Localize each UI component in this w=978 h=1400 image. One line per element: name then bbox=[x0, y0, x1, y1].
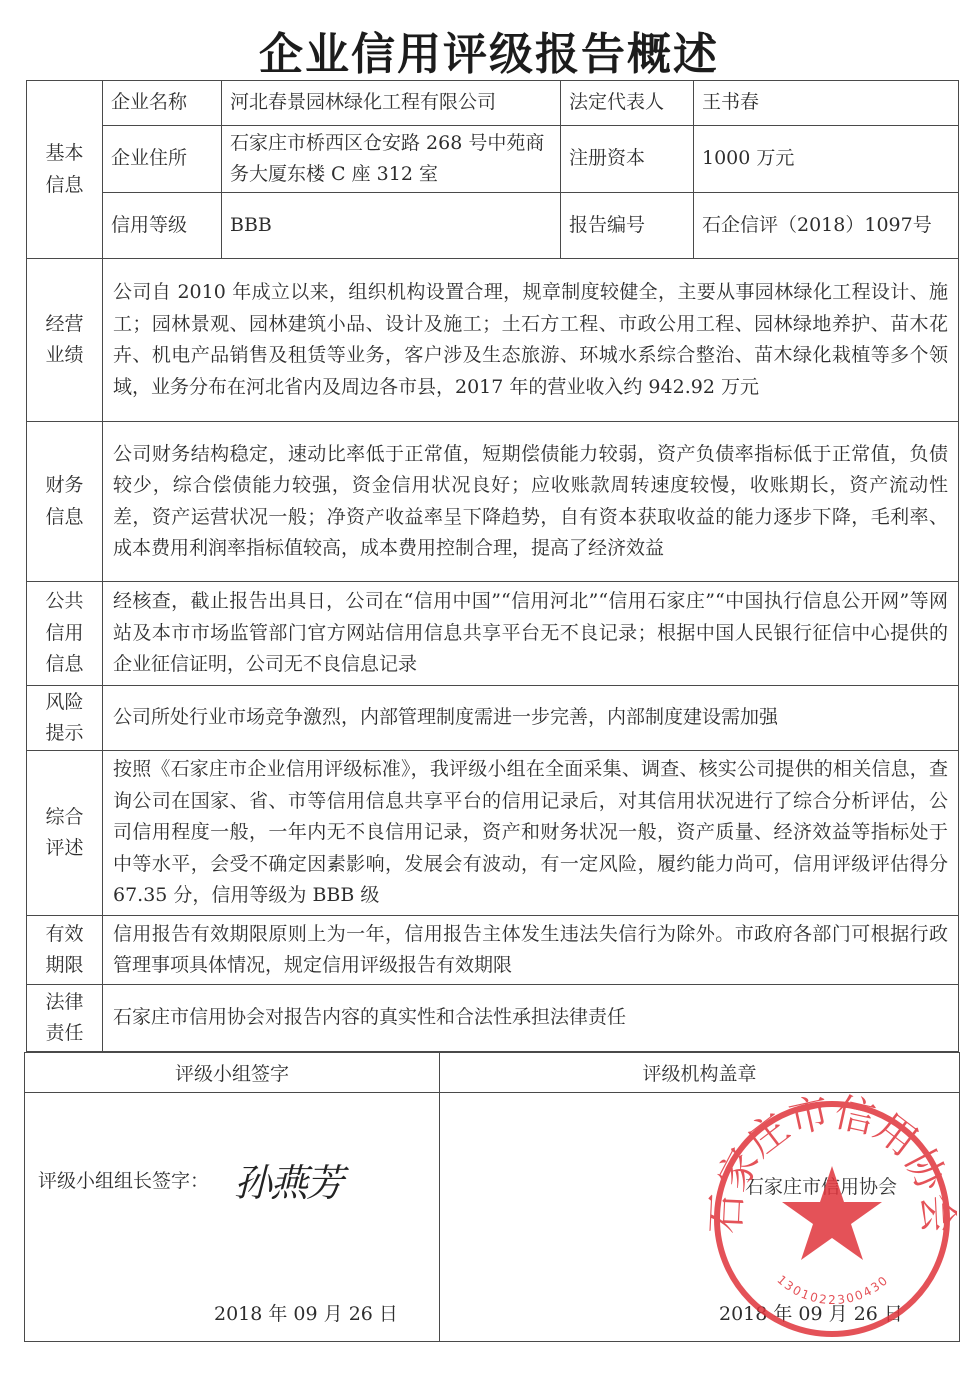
section-validity: 有效期限 信用报告有效期限原则上为一年，信用报告主体发生违法失信行为除外。市政府… bbox=[27, 916, 959, 985]
legal-representative: 王书春 bbox=[694, 81, 959, 126]
official-seal-icon: 石家庄市信用协会 1301022300430 bbox=[707, 1094, 957, 1344]
signature-table: 评级小组签字 评级机构盖章 评级小组组长签字： 孙燕芳 2018 年 09 月 … bbox=[24, 1052, 960, 1342]
seal-code: 1301022300430 bbox=[774, 1272, 891, 1307]
section-text: 公司财务结构稳定，速动比率低于正常值，短期偿债能力较弱，资产负债率指标低于正常值… bbox=[103, 422, 959, 582]
section-label: 综合评述 bbox=[27, 751, 103, 916]
rating-team-signature-header: 评级小组签字 bbox=[25, 1053, 440, 1093]
handwritten-signature: 孙燕芳 bbox=[234, 1152, 342, 1207]
section-label-basic-info: 基本信息 bbox=[27, 81, 103, 259]
section-label-text: 综合评述 bbox=[42, 802, 88, 865]
section-public-credit: 公共信用信息 经核查，截止报告出具日，公司在“信用中国”“信用河北”“信用石家庄… bbox=[27, 582, 959, 686]
section-text: 公司自 2010 年成立以来，组织机构设置合理，规章制度较健全，主要从事园林绿化… bbox=[103, 259, 959, 422]
registered-capital: 1000 万元 bbox=[694, 126, 959, 193]
field-label: 信用等级 bbox=[103, 193, 222, 259]
seal-cell: 石家庄市信用协会 石家庄市信用协会 1301022300430 2018 年 0… bbox=[440, 1093, 960, 1342]
section-financial-info: 财务信息 公司财务结构稳定，速动比率低于正常值，短期偿债能力较弱，资产负债率指标… bbox=[27, 422, 959, 582]
section-business-performance: 经营业绩 公司自 2010 年成立以来，组织机构设置合理，规章制度较健全，主要从… bbox=[27, 259, 959, 422]
company-address: 石家庄市桥西区仓安路 268 号中苑商务大厦东楼 C 座 312 室 bbox=[222, 126, 561, 193]
field-label: 企业住所 bbox=[103, 126, 222, 193]
basic-info-row-name: 基本信息 企业名称 河北春景园林绿化工程有限公司 法定代表人 王书春 bbox=[27, 81, 959, 126]
report-number: 石企信评（2018）1097号 bbox=[694, 193, 959, 259]
leader-signature-label: 评级小组组长签字： bbox=[38, 1166, 209, 1193]
section-label: 法律责任 bbox=[27, 985, 103, 1052]
field-label: 报告编号 bbox=[561, 193, 694, 259]
section-label: 风险提示 bbox=[27, 686, 103, 751]
section-label-text: 基本信息 bbox=[42, 138, 88, 201]
field-label: 注册资本 bbox=[561, 126, 694, 193]
section-risk-notice: 风险提示 公司所处行业市场竞争激烈，内部管理制度需进一步完善，内部制度建设需加强 bbox=[27, 686, 959, 751]
basic-info-row-rating: 信用等级 BBB 报告编号 石企信评（2018）1097号 bbox=[27, 193, 959, 259]
section-label: 经营业绩 bbox=[27, 259, 103, 422]
section-legal-liability: 法律责任 石家庄市信用协会对报告内容的真实性和合法性承担法律责任 bbox=[27, 985, 959, 1052]
section-label-text: 风险提示 bbox=[42, 687, 88, 750]
svg-text:1301022300430: 1301022300430 bbox=[774, 1272, 891, 1307]
signature-date: 2018 年 09 月 26 日 bbox=[214, 1299, 398, 1326]
section-text: 公司所处行业市场竞争激烈，内部管理制度需进一步完善，内部制度建设需加强 bbox=[103, 686, 959, 751]
section-label-text: 公共信用信息 bbox=[42, 586, 88, 681]
section-text: 石家庄市信用协会对报告内容的真实性和合法性承担法律责任 bbox=[103, 985, 959, 1052]
basic-info-row-address: 企业住所 石家庄市桥西区仓安路 268 号中苑商务大厦东楼 C 座 312 室 … bbox=[27, 126, 959, 193]
section-label-text: 法律责任 bbox=[42, 987, 88, 1050]
field-label: 法定代表人 bbox=[561, 81, 694, 126]
section-label-text: 经营业绩 bbox=[42, 309, 88, 372]
section-label-text: 财务信息 bbox=[42, 470, 88, 533]
section-label: 公共信用信息 bbox=[27, 582, 103, 686]
field-label: 企业名称 bbox=[103, 81, 222, 126]
section-text: 经核查，截止报告出具日，公司在“信用中国”“信用河北”“信用石家庄”“中国执行信… bbox=[103, 582, 959, 686]
section-label: 财务信息 bbox=[27, 422, 103, 582]
report-table: 基本信息 企业名称 河北春景园林绿化工程有限公司 法定代表人 王书春 企业住所 … bbox=[26, 80, 959, 1052]
section-text: 信用报告有效期限原则上为一年，信用报告主体发生违法失信行为除外。市政府各部门可根… bbox=[103, 916, 959, 985]
signature-cell: 评级小组组长签字： 孙燕芳 2018 年 09 月 26 日 bbox=[25, 1093, 440, 1342]
company-name: 河北春景园林绿化工程有限公司 bbox=[222, 81, 561, 126]
rating-agency-seal-header: 评级机构盖章 bbox=[440, 1053, 960, 1093]
credit-rating: BBB bbox=[222, 193, 561, 259]
section-label-text: 有效期限 bbox=[42, 919, 88, 982]
section-overall-comment: 综合评述 按照《石家庄市企业信用评级标准》，我评级小组在全面采集、调查、核实公司… bbox=[27, 751, 959, 916]
document-title: 企业信用评级报告概述 bbox=[0, 18, 978, 82]
section-text: 按照《石家庄市企业信用评级标准》，我评级小组在全面采集、调查、核实公司提供的相关… bbox=[103, 751, 959, 916]
section-label: 有效期限 bbox=[27, 916, 103, 985]
